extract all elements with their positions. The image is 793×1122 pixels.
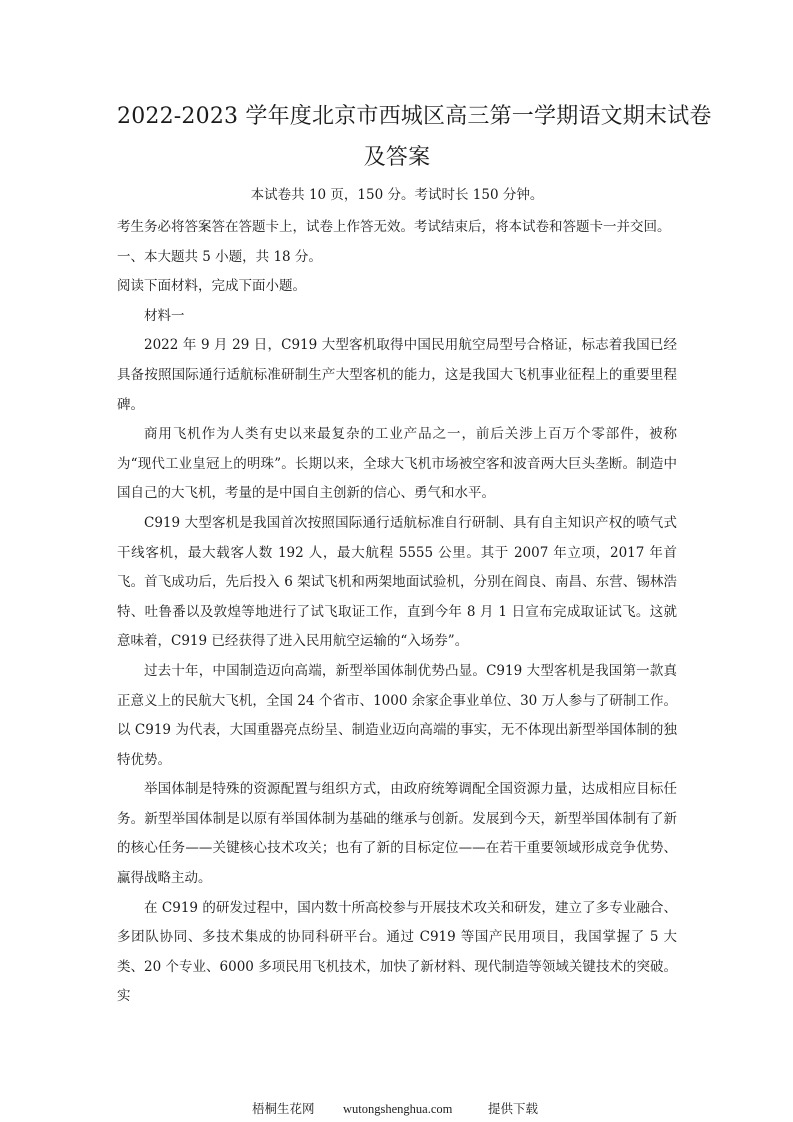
section-heading: 一、本大题共 5 小题，共 18 分。 [117,243,677,273]
footer-site-name: 梧桐生花网 [252,1101,315,1117]
paragraph: C919 大型客机是我国首次按照国际通行适航标准自行研制、具有自主知识产权的喷气… [117,509,677,657]
document-title-line1: 2022-2023 学年度北京市西城区高三第一学期语文期末试卷 [117,102,677,132]
document-title-line2: 及答案 [117,143,677,173]
reading-prompt: 阅读下面材料，完成下面小题。 [117,272,677,302]
paragraph: 在 C919 的研发过程中，国内数十所高校参与开展技术攻关和研发，建立了多专业融… [117,894,677,1012]
document-body: 考生务必将答案答在答题卡上，试卷上作答无效。考试结束后，将本试卷和答题卡一并交回… [117,213,677,1012]
footer-site-url: wutongshenghua.com [343,1101,452,1117]
paragraph: 商用飞机作为人类有史以来最复杂的工业产品之一，前后关涉上百万个零部件，被称为“现… [117,420,677,509]
paragraph: 2022 年 9 月 29 日，C919 大型客机取得中国民用航空局型号合格证，… [117,331,677,420]
paragraph: 过去十年，中国制造迈向高端，新型举国体制优势凸显。C919 大型客机是我国第一款… [117,657,677,775]
paragraph: 举国体制是特殊的资源配置与组织方式，由政府统筹调配全国资源力量，达成相应目标任务… [117,775,677,893]
exam-info: 本试卷共 10 页，150 分。考试时长 150 分钟。 [117,185,677,205]
material-label: 材料一 [117,302,677,332]
instructions: 考生务必将答案答在答题卡上，试卷上作答无效。考试结束后，将本试卷和答题卡一并交回… [117,213,677,243]
footer-download-text: 提供下载 [488,1101,538,1117]
